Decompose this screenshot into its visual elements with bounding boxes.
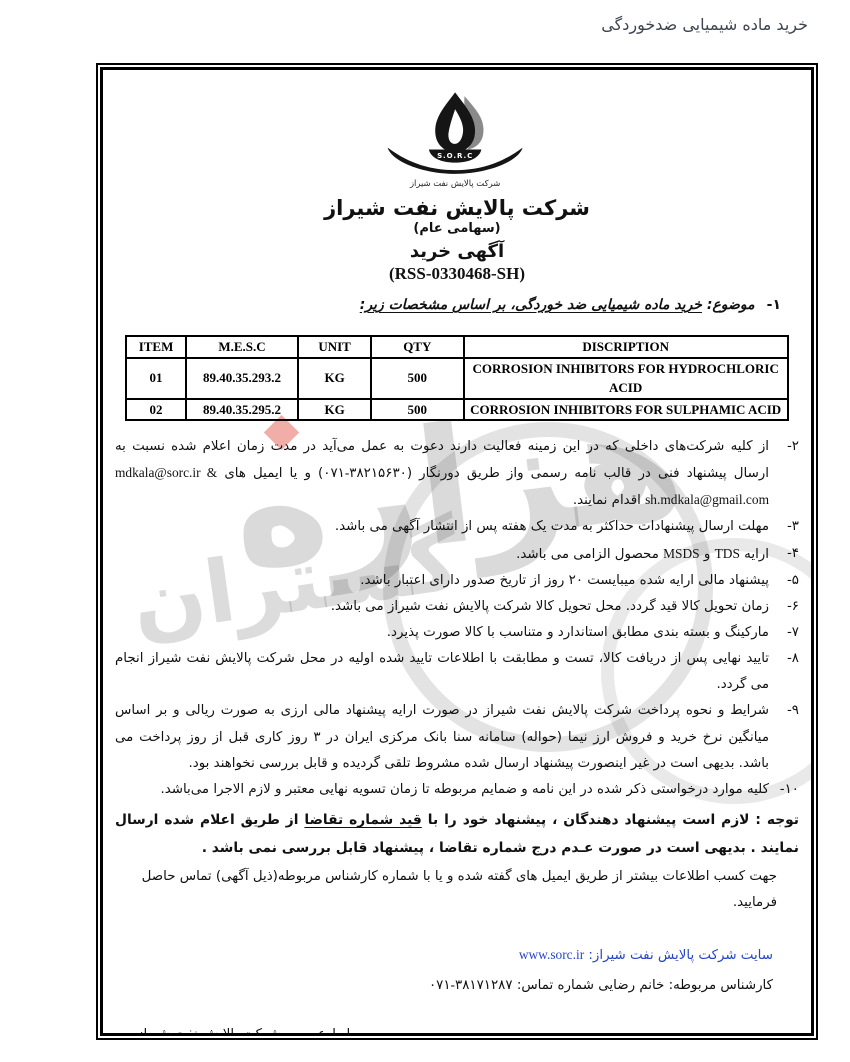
subject-line: ۱-موضوع: خرید ماده شیمیایی ضد خوردگی، بر… [115,297,781,313]
items-table: ITEM M.E.S.C UNIT QTY DISCRIPTION 01 89.… [125,335,788,421]
col-header-qty: QTY [371,336,464,358]
term-number: ۱۰- [769,777,799,803]
term-number: ۴- [769,541,799,568]
col-header-unit: UNIT [298,336,371,358]
term-number: ۳- [769,514,799,540]
latin-segment: ۰۷۱-۳۸۱۷۱۲۸۷ [429,977,513,992]
website-url: www.sorc.ir [519,947,584,962]
term-text: کلیه موارد درخواستی ذکر شده در این نامه … [115,777,769,803]
cell-discription: CORROSION INHIBITORS FOR HYDROCHLORIC AC… [464,358,788,399]
col-header-item: ITEM [126,336,186,358]
term-text: پیشنهاد مالی ارایه شده میبایست ۲۰ روز از… [115,568,769,594]
term-item: ۲- از کلیه شرکت‌های داخلی که در این زمین… [115,434,799,514]
subject-text: خرید ماده شیمیایی ضد خوردگی، بر اساس مشخ… [360,297,702,313]
document-frame: هزاره گستران S.O.R.C شرکت پالایش نفت شیر… [96,63,818,1040]
terms-list: ۲- از کلیه شرکت‌های داخلی که در این زمین… [115,434,799,803]
table-row: 02 89.40.35.295.2 KG 500 CORROSION INHIB… [126,399,787,421]
text-segment: اقدام نمایند. [573,493,645,508]
term-number: ۶- [769,594,799,620]
term-number: ۸- [769,646,799,698]
term-item: ۷- مارکینگ و بسته بندی مطابق استاندارد و… [115,620,799,646]
term-item: ۵- پیشنهاد مالی ارایه شده میبایست ۲۰ روز… [115,568,799,594]
term-item: ۴- ارایه TDS و MSDS محصول الزامی می باشد… [115,541,799,568]
term-item: ۱۰- کلیه موارد درخواستی ذکر شده در این ن… [115,777,799,803]
signature: روابط عمومی شرکت پالایش نفت شیراز [115,1027,799,1036]
cell-unit: KG [298,358,371,399]
page: { "page_title": "خرید ماده شیمیایی ضدخور… [0,0,850,1062]
reference-code: (RSS-0330468-SH) [115,264,799,284]
term-item: ۸- تایید نهایی پس از دریافت کالا، تست و … [115,646,799,698]
term-number: ۲- [769,434,799,514]
text-segment: کلیه موارد درخواستی ذکر شده در این نامه … [160,782,769,797]
text-segment: قید شماره تقاضا [304,812,421,828]
letterhead: S.O.R.C شرکت پالایش نفت شیراز شرکت پالای… [115,70,799,284]
latin-segment: MSDS [663,546,699,561]
attention-note: توجه : لازم است پیشنهاد دهندگان ، پیشنها… [115,806,799,863]
cell-item: 02 [126,399,186,421]
logo-company-small: شرکت پالایش نفت شیراز [409,178,500,188]
text-segment: ارایه [740,547,769,562]
footer: سایت شرکت پالایش نفت شیراز: www.sorc.ir … [115,941,799,1001]
table-header-row: ITEM M.E.S.C UNIT QTY DISCRIPTION [126,336,787,358]
term-item: ۳- مهلت ارسال پیشنهادات حداکثر به مدت یک… [115,514,799,540]
text-segment: زمان تحویل کالا قید گردد. محل تحویل کالا… [331,599,769,614]
contact-line: کارشناس مربوطه: خانم رضایی شماره تماس: ۰… [115,971,773,1001]
text-segment: ) و یا ایمیل های [217,466,323,481]
term-item: ۶- زمان تحویل کالا قید گردد. محل تحویل ک… [115,594,799,620]
company-name: شرکت پالایش نفت شیراز [115,196,799,220]
text-segment: و [700,547,715,562]
subject-label: موضوع: [702,297,755,313]
text-segment: مهلت ارسال پیشنهادات حداکثر به مدت یک هف… [335,519,769,534]
text-segment: پیشنهاد مالی ارایه شده میبایست ۲۰ روز از… [360,573,769,588]
term-number: ۷- [769,620,799,646]
term-item: ۹- شرایط و نحوه پرداخت شرکت پالایش نفت ش… [115,698,799,776]
cell-item: 01 [126,358,186,399]
col-header-discription: DISCRIPTION [464,336,788,358]
website-label: سایت شرکت پالایش نفت شیراز: [584,948,773,963]
page-title: خرید ماده شیمیایی ضدخوردگی [601,15,808,34]
more-info-line: جهت کسب اطلاعات بیشتر از طریق ایمیل های … [115,864,799,918]
text-segment: مارکینگ و بسته بندی مطابق استاندارد و مت… [387,625,769,640]
text-segment: تایید نهایی پس از دریافت کالا، تست و مطا… [115,651,769,692]
term-text: مارکینگ و بسته بندی مطابق استاندارد و مت… [115,620,769,646]
latin-segment: TDS [715,546,740,561]
term-number: ۵- [769,568,799,594]
term-text: زمان تحویل کالا قید گردد. محل تحویل کالا… [115,594,769,620]
col-header-mesc: M.E.S.C [186,336,298,358]
cell-mesc: 89.40.35.295.2 [186,399,298,421]
company-type: (سهامی عام) [115,221,799,236]
document-frame-inner: هزاره گستران S.O.R.C شرکت پالایش نفت شیر… [100,67,814,1036]
text-segment: کارشناس مربوطه: خانم رضایی شماره تماس: [513,978,773,993]
latin-segment: ۰۷۱-۳۸۲۱۵۶۳۰ [323,465,407,480]
term-text: ارایه TDS و MSDS محصول الزامی می باشد. [115,541,769,568]
term-text: مهلت ارسال پیشنهادات حداکثر به مدت یک هف… [115,514,769,540]
logo-acronym: S.O.R.C [437,151,473,160]
cell-qty: 500 [371,358,464,399]
text-segment: توجه : لازم است پیشنهاد دهندگان ، پیشنها… [422,812,799,828]
document-content: S.O.R.C شرکت پالایش نفت شیراز شرکت پالای… [103,70,811,1036]
subject-number: ۱- [767,297,781,313]
cell-qty: 500 [371,399,464,421]
website-line: سایت شرکت پالایش نفت شیراز: www.sorc.ir [115,941,773,971]
term-text: تایید نهایی پس از دریافت کالا، تست و مطا… [115,646,769,698]
term-text: شرایط و نحوه پرداخت شرکت پالایش نفت شیرا… [115,698,769,776]
table-row: 01 89.40.35.293.2 KG 500 CORROSION INHIB… [126,358,787,399]
cell-mesc: 89.40.35.293.2 [186,358,298,399]
sorc-flame-logo-icon: S.O.R.C شرکت پالایش نفت شیراز [382,92,532,192]
text-segment: محصول الزامی می باشد. [516,547,663,562]
text-segment: شرایط و نحوه پرداخت شرکت پالایش نفت شیرا… [115,703,769,770]
cell-unit: KG [298,399,371,421]
notice-title: آگهی خرید [115,241,799,262]
term-text: از کلیه شرکت‌های داخلی که در این زمینه ف… [115,434,769,514]
term-number: ۹- [769,698,799,776]
cell-discription: CORROSION INHIBITORS FOR SULPHAMIC ACID [464,399,788,421]
